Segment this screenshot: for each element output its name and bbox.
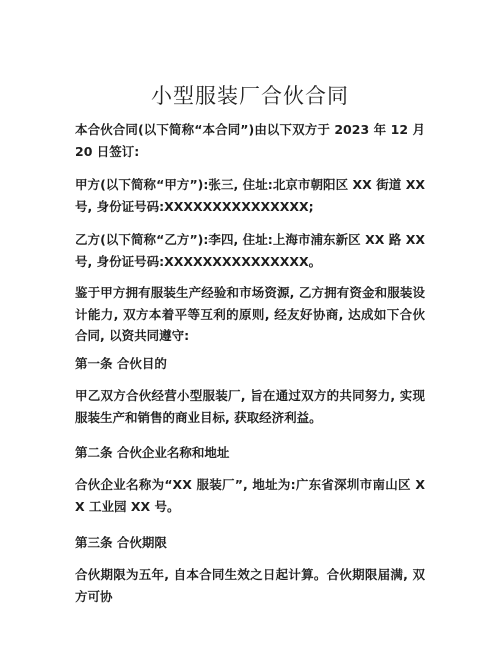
intro-paragraph: 本合伙合同(以下简称“本合同”)由以下双方于 2023 年 12 月 20 日签… (75, 119, 425, 162)
document-title: 小型服装厂合伙合同 (0, 80, 500, 110)
article-2-body: 合伙企业名称为“XX 服装厂”, 地址为:广东省深圳市南山区 XX 工业园 XX… (75, 474, 425, 517)
article-1-heading: 第一条 合伙目的 (75, 354, 167, 372)
article-3-body: 合伙期限为五年, 自本合同生效之日起计算。合伙期限届满, 双方可协 (75, 564, 425, 607)
article-1-body: 甲乙双方合伙经营小型服装厂, 旨在通过双方的共同努力, 实现服装生产和销售的商业… (75, 385, 425, 428)
document-page: 小型服装厂合伙合同 本合伙合同(以下简称“本合同”)由以下双方于 2023 年 … (0, 0, 500, 647)
party-b-paragraph: 乙方(以下简称“乙方”):李四, 住址:上海市浦东新区 XX 路 XX 号, 身… (75, 229, 425, 272)
article-3-heading: 第三条 合伙期限 (75, 533, 167, 551)
article-2-heading: 第二条 合伙企业名称和地址 (75, 443, 229, 461)
preamble-paragraph: 鉴于甲方拥有服装生产经验和市场资源, 乙方拥有资金和服装设计能力, 双方本着平等… (75, 282, 425, 347)
party-a-paragraph: 甲方(以下简称“甲方”):张三, 住址:北京市朝阳区 XX 街道 XX 号, 身… (75, 174, 425, 217)
